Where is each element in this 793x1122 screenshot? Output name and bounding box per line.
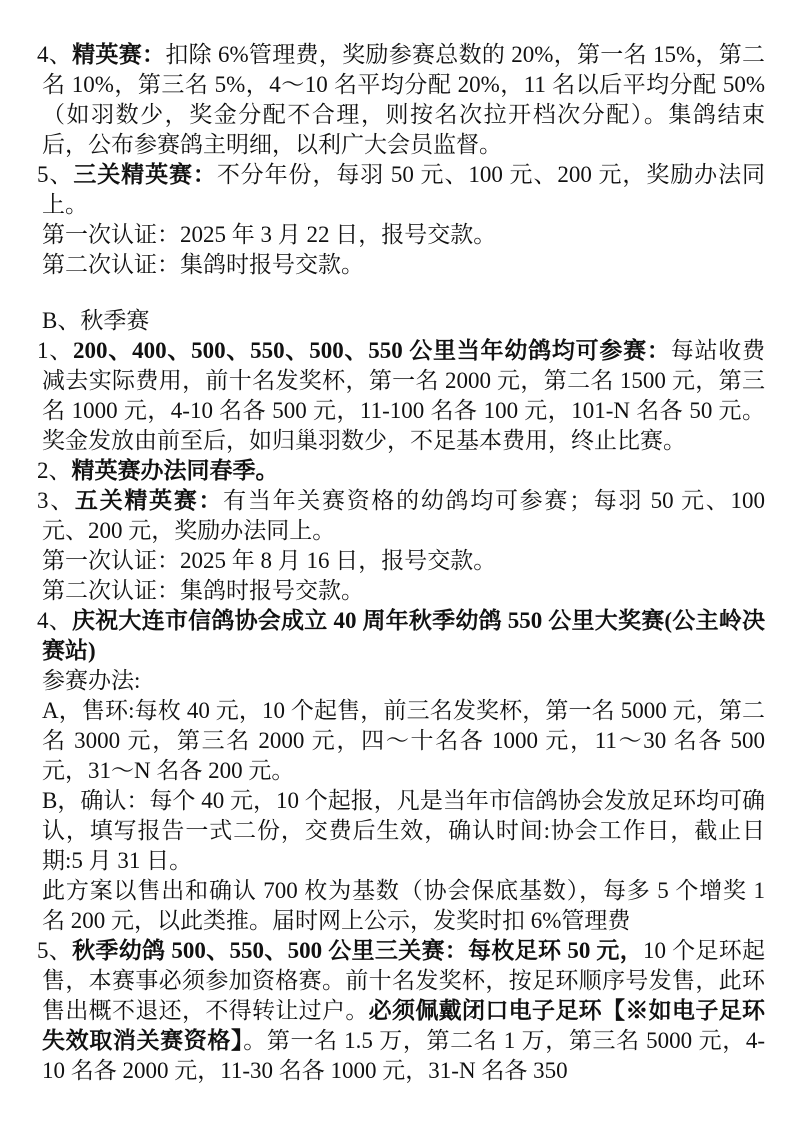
spring-cert-line-2: 第二次认证：集鸽时报号交款。 bbox=[42, 250, 765, 280]
spring-cert-line-1: 第一次认证：2025 年 3 月 22 日，报号交款。 bbox=[42, 220, 765, 250]
sub-intro-participation: 参赛办法: bbox=[42, 666, 765, 696]
item-title: 三关精英赛： bbox=[73, 162, 216, 187]
autumn-section-heading: B、秋季赛 bbox=[42, 306, 765, 336]
sub-b-confirmation: B，确认：每个 40 元，10 个起报，凡是当年市信鸽协会发放足环均可确认，填写… bbox=[42, 786, 765, 876]
item-number: 1、 bbox=[37, 338, 73, 363]
item-number: 4、 bbox=[37, 42, 72, 67]
item-title: 精英赛： bbox=[72, 42, 165, 67]
sub-note-base-count: 此方案以售出和确认 700 枚为基数（协会保底基数），每多 5 个增奖 1 名 … bbox=[42, 876, 765, 936]
item-title: 五关精英赛： bbox=[75, 488, 223, 513]
item-title: 200、400、500、550、500、550 公里当年幼鸽均可参赛： bbox=[73, 338, 671, 363]
item-5-three-gate-race: 5、秋季幼鸽 500、550、500 公里三关赛：每枚足环 50 元，10 个足… bbox=[42, 936, 765, 1086]
item-1-autumn-races: 1、200、400、500、550、500、550 公里当年幼鸽均可参赛：每站收… bbox=[42, 336, 765, 456]
item-title: 庆祝大连市信鸽协会成立 40 周年秋季幼鸽 550 公里大奖赛(公主岭决赛站) bbox=[42, 608, 765, 663]
item-3-five-gate-elite: 3、五关精英赛：有当年关赛资格的幼鸽均可参赛；每羽 50 元、100 元、200… bbox=[42, 486, 765, 546]
document-page: 4、精英赛：扣除 6%管理费，奖励参赛总数的 20%，第一名 15%，第二名 1… bbox=[0, 0, 793, 1122]
sub-a-ring-sale: A，售环:每枚 40 元，10 个起售，前三名发奖杯，第一名 5000 元，第二… bbox=[42, 696, 765, 786]
item-5-three-gate-elite: 5、三关精英赛：不分年份，每羽 50 元、100 元、200 元，奖励办法同上。 bbox=[42, 160, 765, 220]
autumn-cert-line-1: 第一次认证：2025 年 8 月 16 日，报号交款。 bbox=[42, 546, 765, 576]
item-4-spring-elite: 4、精英赛：扣除 6%管理费，奖励参赛总数的 20%，第一名 15%，第二名 1… bbox=[42, 40, 765, 160]
item-number: 5、 bbox=[37, 162, 73, 187]
item-number: 5、 bbox=[37, 938, 72, 963]
item-number: 2、 bbox=[37, 458, 72, 483]
item-title: 精英赛办法同春季。 bbox=[72, 458, 279, 483]
item-title: 秋季幼鸽 500、550、500 公里三关赛：每枚足环 50 元， bbox=[72, 938, 643, 963]
document-body: 4、精英赛：扣除 6%管理费，奖励参赛总数的 20%，第一名 15%，第二名 1… bbox=[0, 0, 793, 1122]
item-4-anniversary-grand-prix: 4、庆祝大连市信鸽协会成立 40 周年秋季幼鸽 550 公里大奖赛(公主岭决赛站… bbox=[42, 606, 765, 666]
item-number: 4、 bbox=[37, 608, 72, 633]
item-2-elite-same-as-spring: 2、精英赛办法同春季。 bbox=[42, 456, 765, 486]
item-number: 3、 bbox=[37, 488, 75, 513]
autumn-cert-line-2: 第二次认证：集鸽时报号交款。 bbox=[42, 576, 765, 606]
